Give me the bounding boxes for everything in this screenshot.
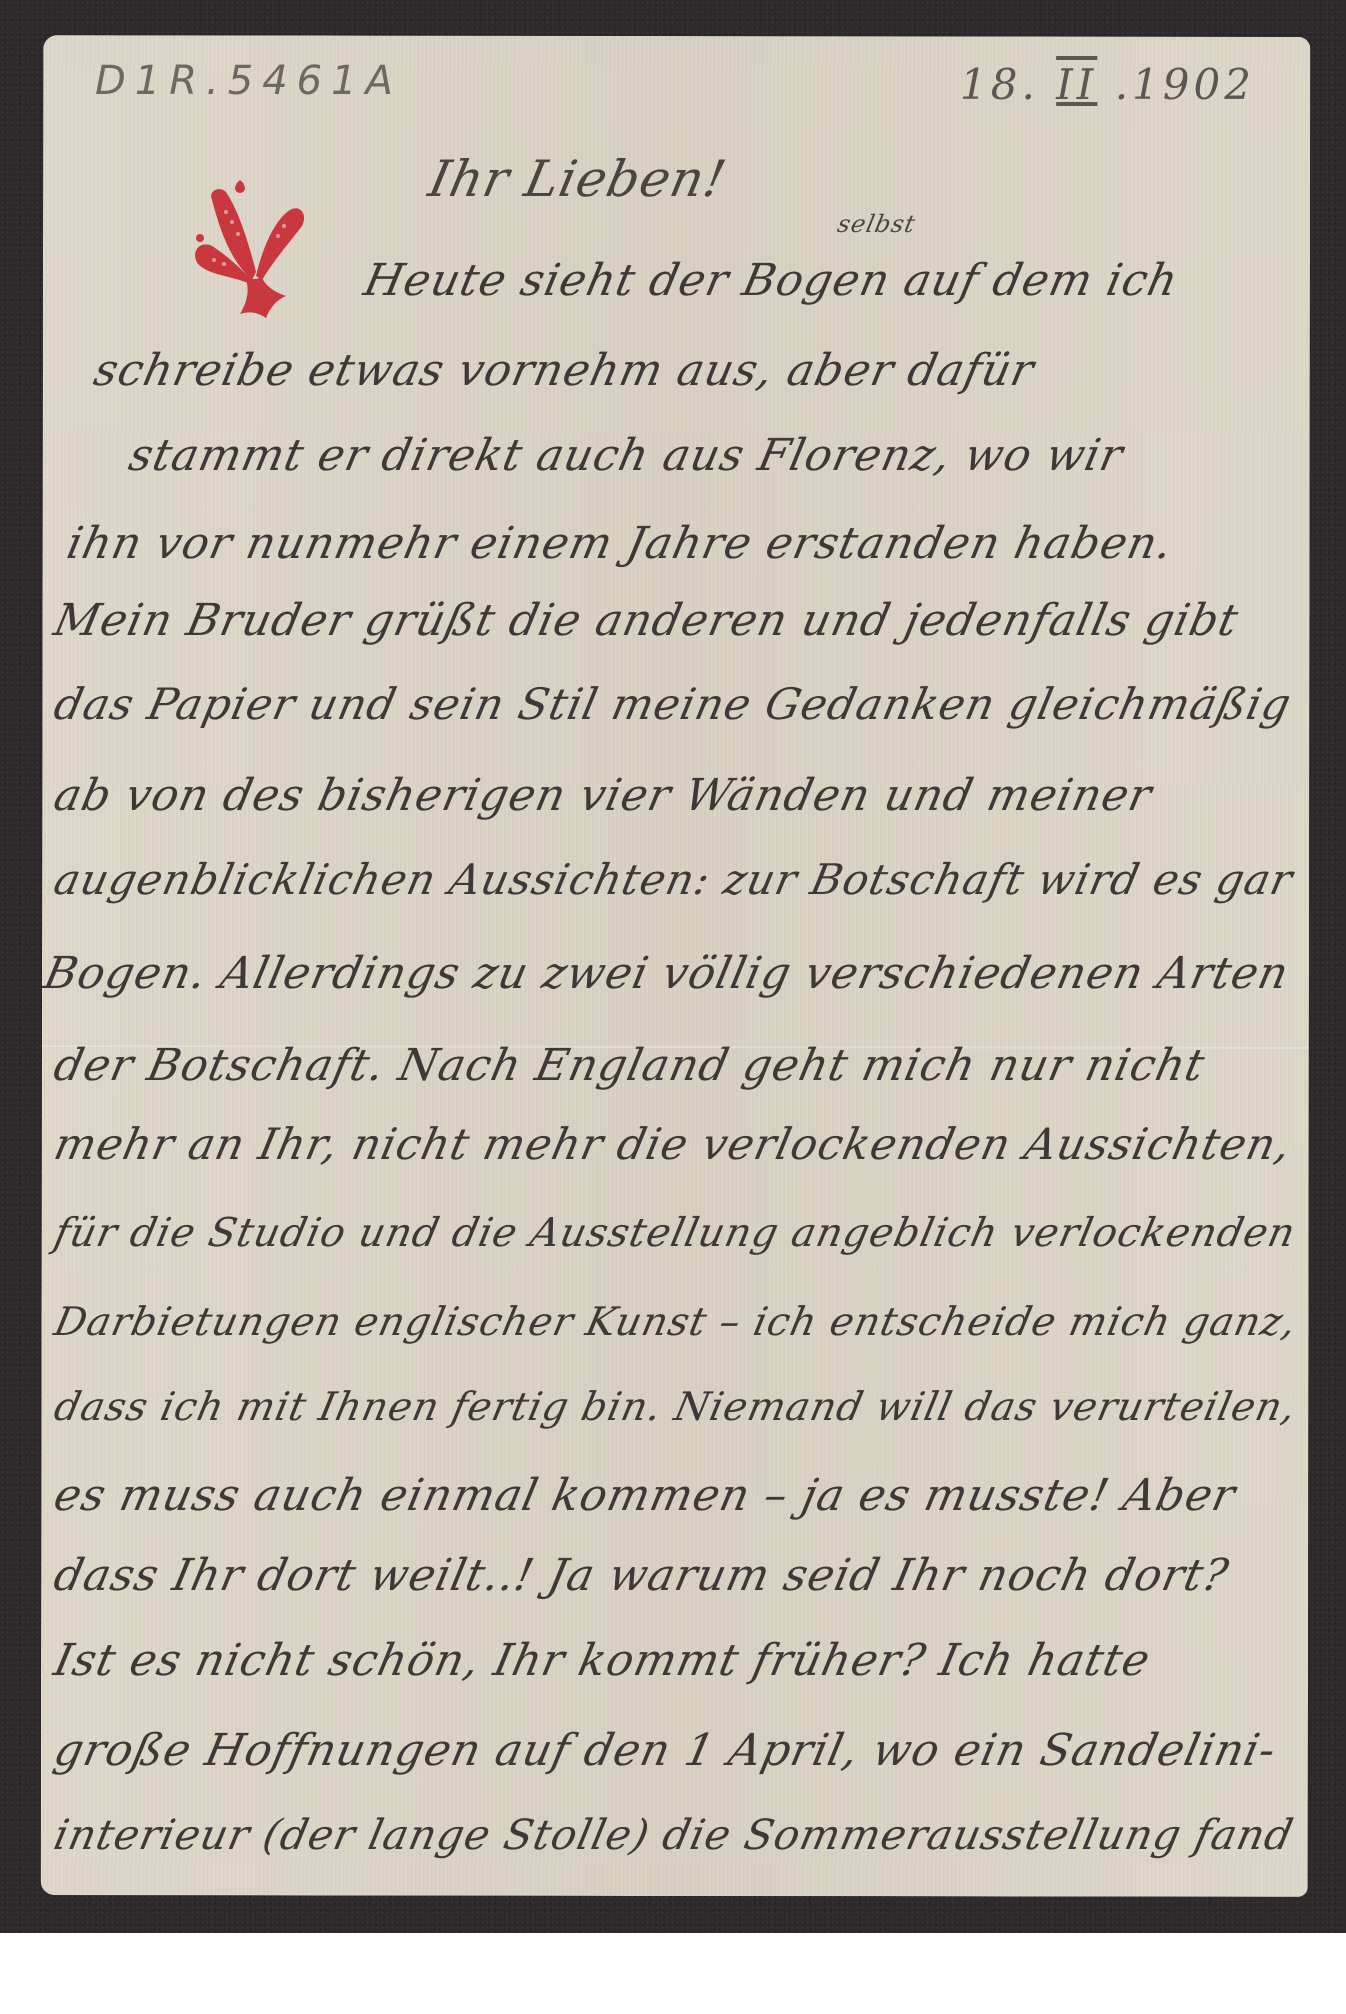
- letter-line-11: mehr an Ihr, nicht mehr die verlockenden…: [50, 1120, 1296, 1170]
- letter-line-12: für die Studio und die Ausstellung angeb…: [50, 1210, 1300, 1256]
- archive-signature: D1R.5461A: [95, 58, 402, 104]
- date-month: II: [1056, 60, 1097, 109]
- letter-line-3: stammt er direkt auch aus Florenz, wo wi…: [125, 430, 1128, 481]
- letter-line-6: das Papier und sein Stil meine Gedanken …: [50, 680, 1296, 730]
- letter-line-7: ab von des bisherigen vier Wänden und me…: [50, 770, 1157, 821]
- letter-line-18: große Hoffnungen auf den 1 April, wo ein…: [50, 1725, 1281, 1776]
- letter-line-5: Mein Bruder grüßt die anderen und jedenf…: [50, 595, 1244, 646]
- letter-line-17: Ist es nicht schön, Ihr kommt früher? Ic…: [50, 1635, 1155, 1686]
- letter-line-10: der Botschaft. Nach England geht mich nu…: [50, 1040, 1210, 1091]
- letter-line-1: Heute sieht der Bogen auf dem ich: [360, 255, 1183, 306]
- letter-line-19: interieur (der lange Stolle) die Sommera…: [50, 1810, 1298, 1859]
- letter-line-16: dass Ihr dort weilt..! Ja warum seid Ihr…: [50, 1550, 1234, 1601]
- letter-line-8: augenblicklichen Aussichten: zur Botscha…: [50, 855, 1298, 904]
- letter-date: 18. II .1902: [960, 60, 1255, 109]
- date-year: .1902: [1115, 60, 1255, 109]
- letter-line-2: schreibe etwas vornehm aus, aber dafür: [90, 345, 1039, 396]
- fleur-de-lis-icon: [190, 180, 320, 320]
- date-day: 18.: [960, 60, 1039, 109]
- letter-line-9: Bogen. Allerdings zu zwei völlig verschi…: [40, 948, 1294, 999]
- letter-line-13: Darbietungen englischer Kunst – ich ents…: [50, 1300, 1301, 1345]
- letter-line-4: ihn vor nunmehr einem Jahre erstanden ha…: [63, 518, 1178, 569]
- letter-line-14: dass ich mit Ihnen fertig bin. Niemand w…: [50, 1385, 1300, 1430]
- letter-line-15: es muss auch einmal kommen – ja es musst…: [50, 1470, 1241, 1521]
- salutation: Ihr Lieben!: [424, 150, 732, 208]
- interlinear-insertion: selbst: [835, 210, 918, 238]
